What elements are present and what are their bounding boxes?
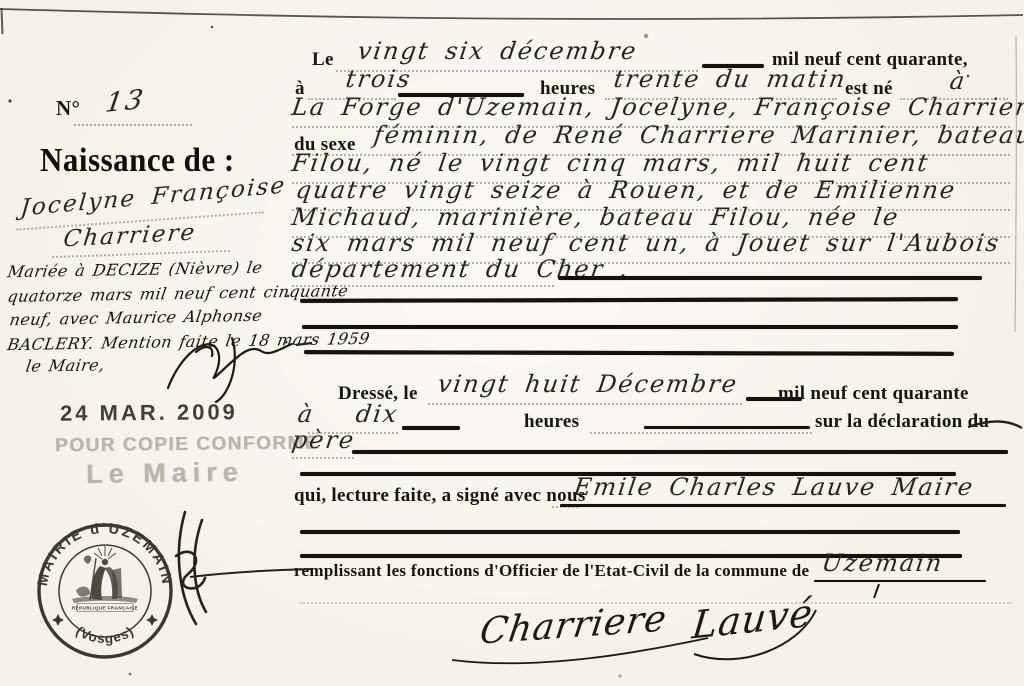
printed-dresse-heures: heures <box>524 412 579 431</box>
ink-apostrophe-mark <box>874 584 879 598</box>
printed-fonctions: remplissant les fonctions d'Officier de … <box>294 562 809 579</box>
date-stamp: 24 MAR. 2009 <box>60 399 238 427</box>
printed-declaration: sur la déclaration du <box>815 412 989 431</box>
signature-father: Charriere <box>478 601 670 650</box>
ruling-line <box>590 432 812 434</box>
ink-bar <box>560 504 1006 507</box>
signature-mayor: Lauvé <box>690 593 815 644</box>
act-number-label: N° <box>56 98 80 119</box>
marriage-note-line1: Mariée à DECIZE (Nièvre) le <box>6 260 263 280</box>
ink-bar <box>304 350 954 355</box>
hw-birth-date: vingt six décembre <box>356 39 639 63</box>
ink-bar <box>402 426 460 430</box>
ruling-line <box>428 403 742 405</box>
ink-bar <box>302 325 958 329</box>
seal-star-left-icon <box>52 614 64 626</box>
hw-dresse-a: à <box>296 402 316 426</box>
hw-mother-name: Michaud, marinière, bateau Filou, née le <box>290 205 901 229</box>
ink-bar <box>558 276 982 280</box>
birth-certificate-scan: N° 13 Naissance de : Jocelyne Françoise … <box>0 0 1024 686</box>
ruling-line <box>74 124 192 126</box>
hw-sex-father: féminin, de René Charriere Marinier, bat… <box>372 123 1024 147</box>
hw-father-birth1: Filou, né le vingt cinq mars, mil huit c… <box>290 151 931 175</box>
hw-hour: trois <box>344 67 413 91</box>
marriage-note-line5: le Maire, <box>25 357 106 374</box>
copy-conform-stamp: POUR COPIE CONFORME <box>55 433 319 458</box>
seal-bottom-text: (Vosges) <box>73 623 136 646</box>
scan-edge-top <box>0 9 1023 19</box>
printed-le: Le <box>312 50 334 69</box>
act-number-value: 13 <box>104 86 147 117</box>
page-title: Naissance de : <box>40 141 235 180</box>
ink-bar <box>814 580 986 582</box>
printed-dresse-year: mil neuf cent quarante <box>778 384 969 403</box>
seal-star-right-icon <box>146 614 158 626</box>
child-name-line2: Charriere <box>62 222 198 252</box>
hw-mother-birth: six mars mil neuf cent un, à Jouet sur l… <box>290 231 1002 255</box>
scan-edge-right <box>1015 36 1016 332</box>
seal-center-text: RÉPUBLIQUE FRANÇAISE <box>72 604 138 611</box>
ink-bar <box>352 450 1008 454</box>
marriage-note-line3: neuf, avec Maurice Alphonse <box>8 308 263 328</box>
marianne-figure-icon <box>72 546 138 603</box>
hw-minutes: trente du matin <box>612 67 848 91</box>
hw-commune: Uzemain <box>820 551 945 575</box>
hw-signataire: Emile Charles Lauve Maire <box>572 475 976 499</box>
hw-dresse-hour: dix <box>354 402 400 426</box>
le-maire-stamp: Le Maire <box>86 457 244 490</box>
seal-inner-ring <box>59 545 151 637</box>
printed-lecture: qui, lecture faite, a signé avec nous <box>294 486 586 505</box>
ruling-line <box>292 457 354 459</box>
hw-birthplace-name: La Forge d'Uzemain, Jocelyne, Françoise … <box>290 95 1024 119</box>
ink-bar <box>644 426 810 429</box>
scan-edge-left-tick <box>2 8 3 34</box>
hw-pere: père <box>290 428 357 452</box>
svg-text:(Vosges): (Vosges) <box>73 623 136 646</box>
hw-a-place: à <box>948 69 968 93</box>
ink-bar <box>300 530 960 534</box>
ink-bar <box>300 297 958 302</box>
mairie-seal: MAIRIE d'UZEMAIN (Vosges) RÉPUBLIQUE FRA… <box>20 506 190 676</box>
hw-dresse-date: vingt huit Décembre <box>436 372 739 396</box>
ruling-line <box>292 285 554 287</box>
hw-father-birth2: quatre vingt seize à Rouen, et de Emilie… <box>294 178 958 202</box>
